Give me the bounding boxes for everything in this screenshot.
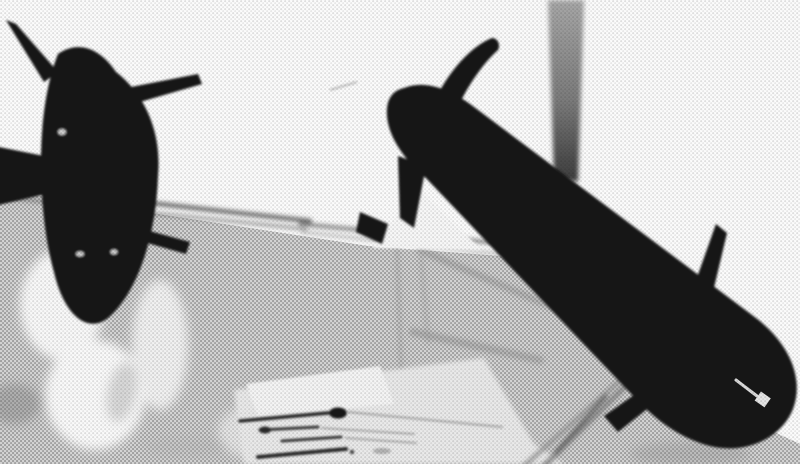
reflection-speck <box>111 250 118 255</box>
stand-pole <box>548 0 584 182</box>
instrument-rod-tip <box>259 427 271 434</box>
instrument-smudge <box>373 448 391 454</box>
photo-canvas: Black-and-white halftone exhibition phot… <box>0 0 800 464</box>
reflection-speck <box>76 252 84 257</box>
instrument-dot <box>350 450 354 454</box>
reflection-speck <box>58 129 66 135</box>
cloth-highlight <box>132 280 188 410</box>
halftone-photo: Black-and-white halftone exhibition phot… <box>0 0 800 464</box>
instrument-rod-tip <box>329 408 347 419</box>
table-smudge <box>145 437 225 457</box>
